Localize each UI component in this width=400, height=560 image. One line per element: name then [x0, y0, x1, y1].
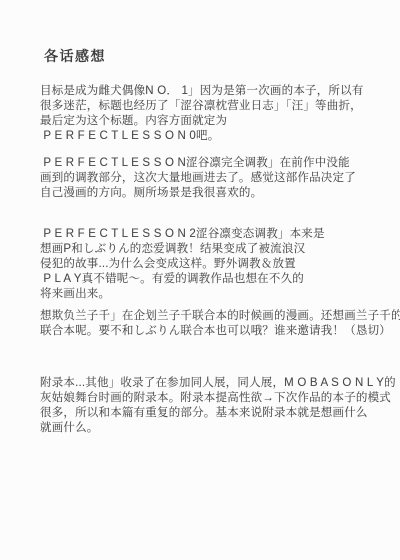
text-line: 画到的调教部分，这次大量地画进去了。感觉这部作品决定了 — [40, 171, 376, 186]
text-line: 最后定为这个标题。内容方面就定为 — [40, 114, 376, 129]
paragraph-appendix-books: 附录本...其他」收录了在参加同人展，同人展，M O B A S O N L Y… — [40, 376, 376, 436]
text-line: 灰姑娘舞台时画的附录本。附录本提高性欲→下次作品的本子的模式 — [40, 391, 376, 406]
text-line: 联合本呢。要不和しぶりん联合本也可以哦？谁来邀请我！（恳切） — [40, 324, 376, 339]
text-line: 很多迷茫，标题也经历了「涩谷凛枕营业日志」「汪」等曲折， — [40, 99, 376, 114]
text-line: 目标是成为雌犬偶像N O． 1」因为是第一次画的本子，所以有 — [40, 84, 376, 99]
text-line: P L A Y真不错呢～。有爱的调教作品也想在不久的 — [40, 272, 376, 287]
text-line: 想欺负兰子千」在企划兰子千联合本的时候画的漫画。还想画兰子千的 — [40, 309, 376, 324]
text-line: 想画P和しぶりん的恋爱调教！结果变成了被流浪汉 — [40, 242, 376, 257]
paragraph-ranko-collab: 想欺负兰子千」在企划兰子千联合本的时候画的漫画。还想画兰子千的 联合本呢。要不和… — [40, 309, 376, 339]
text-line: 将来画出来。 — [40, 287, 376, 302]
text-line: P E R F E C T L E S S O N 2涩谷凛变态调教」本来是 — [40, 227, 376, 242]
text-line: 侵犯的故事...为什么会变成这样。野外调教＆放置 — [40, 257, 376, 272]
paragraph-perfect-lesson-2: P E R F E C T L E S S O N 2涩谷凛变态调教」本来是 想… — [40, 227, 376, 302]
text-line: P E R F E C T L E S S O N 0吧。 — [40, 129, 376, 144]
page-title: 各话感想 — [44, 46, 376, 66]
text-line: 自己漫画的方向。厕所场景是我很喜欢的。 — [40, 186, 376, 201]
text-line: 附录本...其他」收录了在参加同人展，同人展，M O B A S O N L Y… — [40, 376, 376, 391]
text-line: P E R F E C T L E S S O N涩谷凛完全调教」在前作中没能 — [40, 156, 376, 171]
paragraph-perfect-lesson-1: P E R F E C T L E S S O N涩谷凛完全调教」在前作中没能 … — [40, 156, 376, 201]
document-page: 各话感想 目标是成为雌犬偶像N O． 1」因为是第一次画的本子，所以有 很多迷茫… — [0, 0, 400, 560]
paragraph-perfect-lesson-0: 目标是成为雌犬偶像N O． 1」因为是第一次画的本子，所以有 很多迷茫，标题也经… — [40, 84, 376, 144]
text-line: 就画什么。 — [40, 421, 376, 436]
text-line: 很多，所以和本篇有重复的部分。基本来说附录本就是想画什么 — [40, 406, 376, 421]
